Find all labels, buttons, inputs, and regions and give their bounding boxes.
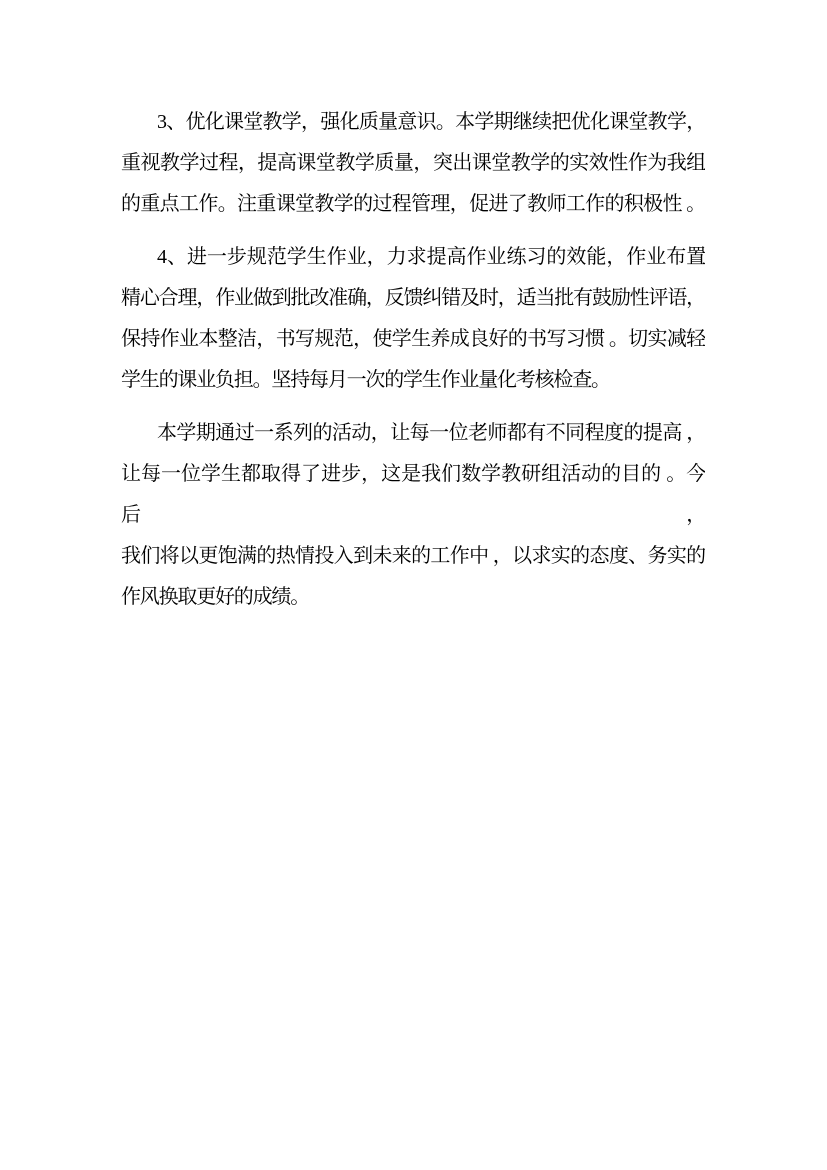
text-line: 3、优化课堂教学，强化质量意识。本学期继续把优化课堂教学， [121,102,705,143]
text-line: 4、进一步规范学生作业，力求提高作业练习的效能，作业布置 [121,237,705,278]
paragraph-semester-summary: 本学期通过一系列的活动，让每一位老师都有不同程度的提高 ， 让每一位学生都取得了… [121,413,705,618]
paragraph-optimize-teaching: 3、优化课堂教学，强化质量意识。本学期继续把优化课堂教学， 重视教学过程，提高课… [121,102,705,225]
document-page: 3、优化课堂教学，强化质量意识。本学期继续把优化课堂教学， 重视教学过程，提高课… [0,0,827,1170]
text-line: 学生的课业负担。坚持每月一次的学生作业量化考核检查。 [121,360,705,401]
text-line: 让每一位学生都取得了进步，这是我们数学教研组活动的目的 。今后， [121,454,705,536]
text-line: 本学期通过一系列的活动，让每一位老师都有不同程度的提高 ， [121,413,705,454]
text-line: 保持作业本整洁，书写规范，使学生养成良好的书写习惯 。切实减轻 [121,319,705,360]
text-line: 的重点工作。注重课堂教学的过程管理，促进了教师工作的积极性 。 [121,184,705,225]
text-line: 精心合理，作业做到批改准确，反馈纠错及时，适当批有鼓励性评语， [121,278,705,319]
text-line: 我们将以更饱满的热情投入到未来的工作中 ，以求实的态度、务实的 [121,536,705,577]
text-line: 作风换取更好的成绩。 [121,577,705,618]
text-line: 重视教学过程，提高课堂教学质量，突出课堂教学的实效性作为我组 [121,143,705,184]
paragraph-standardize-homework: 4、进一步规范学生作业，力求提高作业练习的效能，作业布置 精心合理，作业做到批改… [121,237,705,401]
